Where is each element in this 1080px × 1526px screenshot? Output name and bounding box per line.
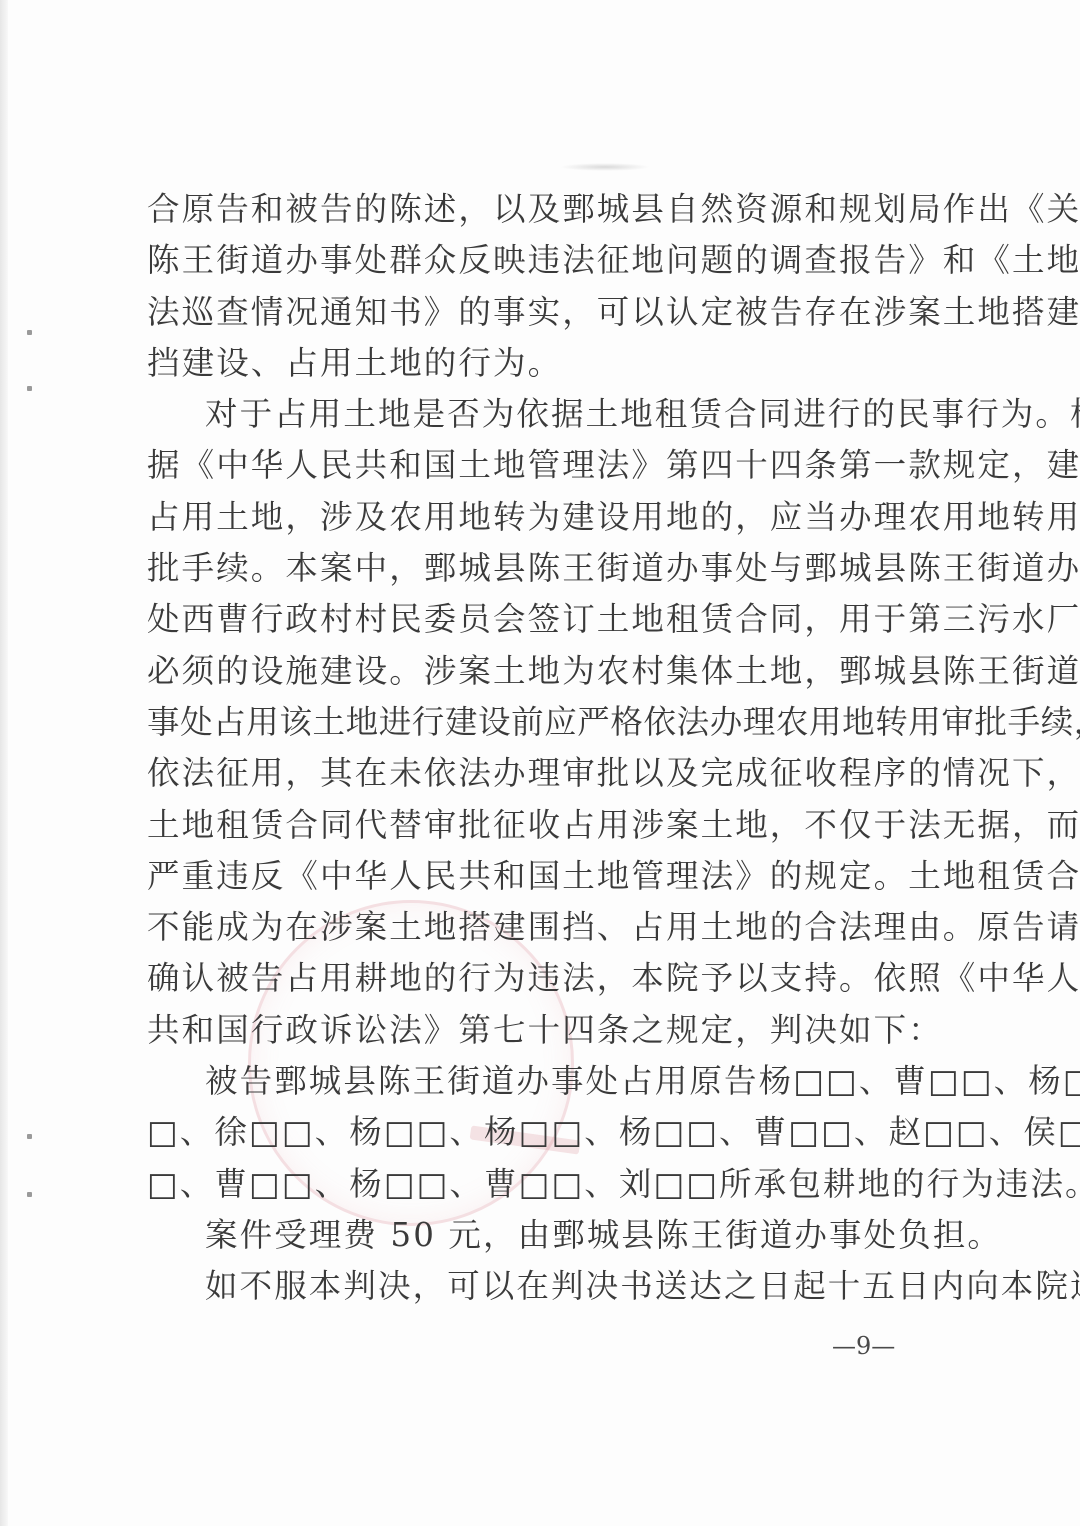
court-fee-paragraph: 案件受理费 50 元，由鄄城县陈王街道办事处负担。: [147, 1210, 957, 1261]
text-line: 如不服本判决，可以在判决书送达之日起十五日内向本院递: [147, 1261, 957, 1312]
text-line: 确认被告占用耕地的行为违法，本院予以支持。依照《中华人民: [147, 953, 957, 1004]
text-line: 共和国行政诉讼法》第七十四条之规定，判决如下：: [147, 1005, 957, 1056]
text-line: 对于占用土地是否为依据土地租赁合同进行的民事行为。根: [147, 389, 957, 440]
text-line: 严重违反《中华人民共和国土地管理法》的规定。土地租赁合同: [147, 851, 957, 902]
document-body: 合原告和被告的陈述，以及鄄城县自然资源和规划局作出《关于 陈王街道办事处群众反映…: [147, 184, 957, 1313]
text-line: 事处占用该土地进行建设前应严格依法办理农用地转用审批手续，: [147, 697, 957, 748]
scan-smudge: [560, 163, 650, 171]
text-line: 挡建设、占用土地的行为。: [147, 338, 957, 389]
text-line: 被告鄄城县陈王街道办事处占用原告杨□□、曹□□、杨□: [147, 1056, 957, 1107]
text-line: 处西曹行政村村民委员会签订土地租赁合同，用于第三污水厂及: [147, 594, 957, 645]
text-line: 法巡查情况通知书》的事实，可以认定被告存在涉案土地搭建围: [147, 287, 957, 338]
text-line: 据《中华人民共和国土地管理法》第四十四条第一款规定，建设: [147, 440, 957, 491]
text-line: □、曹□□、杨□□、曹□□、刘□□所承包耕地的行为违法。: [147, 1159, 957, 1210]
judgment-paragraph: 被告鄄城县陈王街道办事处占用原告杨□□、曹□□、杨□ □、徐□□、杨□□、杨□□…: [147, 1056, 957, 1210]
text-line: 土地租赁合同代替审批征收占用涉案土地，不仅于法无据，而且: [147, 800, 957, 851]
text-line: 占用土地，涉及农用地转为建设用地的，应当办理农用地转用审: [147, 492, 957, 543]
text-line: 不能成为在涉案土地搭建围挡、占用土地的合法理由。原告请求: [147, 902, 957, 953]
text-line: 合原告和被告的陈述，以及鄄城县自然资源和规划局作出《关于: [147, 184, 957, 235]
binding-mark: [27, 1192, 32, 1197]
binding-mark: [27, 1134, 32, 1139]
paragraph: 合原告和被告的陈述，以及鄄城县自然资源和规划局作出《关于 陈王街道办事处群众反映…: [147, 184, 957, 389]
text-line: 必须的设施建设。涉案土地为农村集体土地，鄄城县陈王街道办: [147, 646, 957, 697]
text-line: 陈王街道办事处群众反映违法征地问题的调查报告》和《土地执: [147, 235, 957, 286]
page-number: —9—: [832, 1332, 895, 1360]
paragraph: 对于占用土地是否为依据土地租赁合同进行的民事行为。根 据《中华人民共和国土地管理…: [147, 389, 957, 1056]
text-line: 批手续。本案中，鄄城县陈王街道办事处与鄄城县陈王街道办事: [147, 543, 957, 594]
scan-left-edge: [0, 0, 8, 1526]
text-line: □、徐□□、杨□□、杨□□、杨□□、曹□□、赵□□、侯□: [147, 1107, 957, 1158]
text-line: 案件受理费 50 元，由鄄城县陈王街道办事处负担。: [147, 1210, 957, 1261]
binding-mark: [27, 330, 32, 335]
appeal-paragraph: 如不服本判决，可以在判决书送达之日起十五日内向本院递: [147, 1261, 957, 1312]
binding-mark: [27, 386, 32, 391]
text-line: 依法征用，其在未依法办理审批以及完成征收程序的情况下，以: [147, 748, 957, 799]
